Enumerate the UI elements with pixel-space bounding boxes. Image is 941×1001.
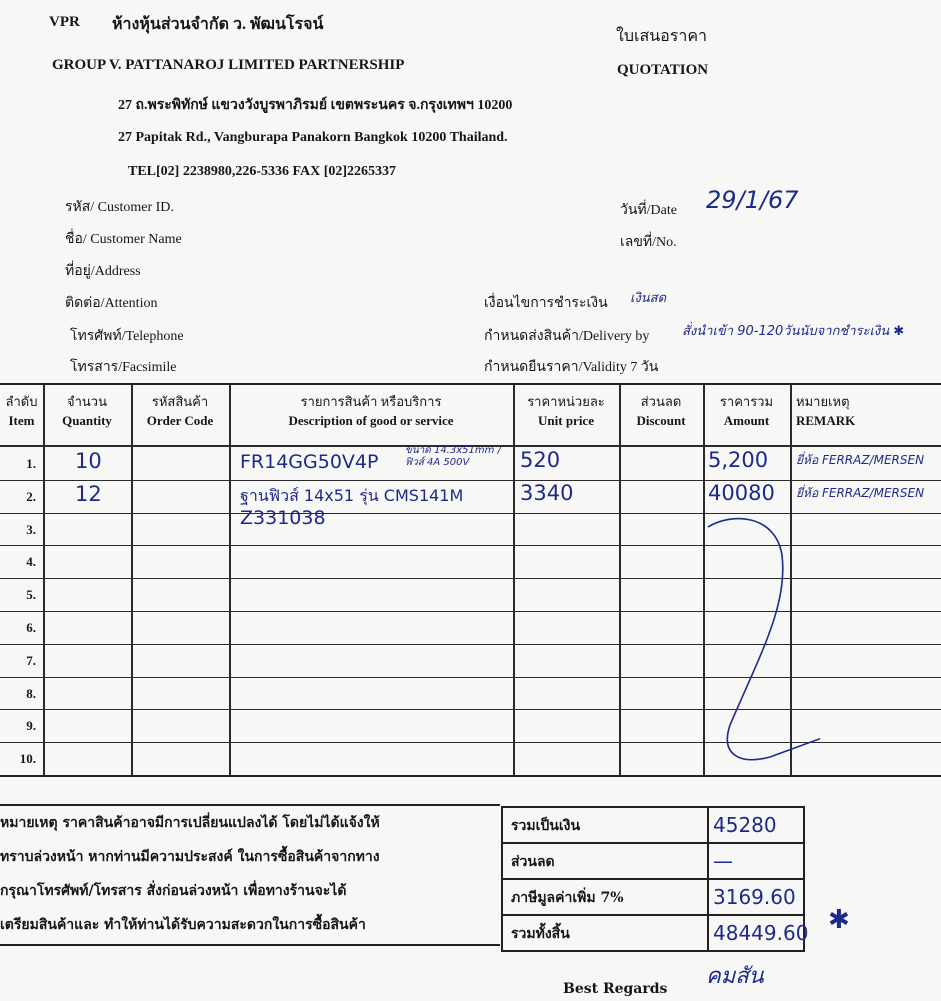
company-contact: TEL[02] 2238980,226-5336 FAX [02]2265337	[128, 164, 396, 180]
date-label: วันที่/Date	[620, 199, 677, 221]
item-number: 6.	[8, 620, 36, 636]
payment-value: เงินสด	[630, 287, 666, 308]
description: FR14GG50V4P	[240, 451, 378, 473]
company-address-en: 27 Papitak Rd., Vangburapa Panakorn Bang…	[118, 130, 508, 146]
payment-label: เงื่อนไขการชำระเงิน	[484, 292, 608, 314]
amount: 40080	[708, 481, 775, 505]
note-line: กรุณาโทรศัพท์/โทรสาร สั่งก่อนล่วงหน้า เพ…	[0, 874, 470, 908]
totals-row: รวมเป็นเงิน45280	[503, 808, 803, 844]
customer-name-label: ชื่อ/ Customer Name	[65, 228, 182, 250]
totals-label: รวมทั้งสิ้น	[511, 923, 570, 945]
totals-label: ภาษีมูลค่าเพิ่ม 7%	[511, 887, 624, 909]
terms-note: หมายเหตุ ราคาสินค้าอาจมีการเปลี่ยนแปลงได…	[0, 806, 470, 942]
amount: 5,200	[708, 448, 768, 472]
column-header: ราคาหน่วยละUnit price	[513, 391, 619, 429]
signature: คมสัน	[706, 958, 764, 993]
item-number: 10.	[8, 751, 36, 767]
item-number: 2.	[8, 489, 36, 505]
remark: ยี่ห้อ FERRAZ/MERSEN	[796, 484, 924, 503]
column-header: รายการสินค้า หรือบริการDescription of go…	[229, 391, 513, 429]
item-number: 4.	[8, 554, 36, 570]
description: ฐานฟิวส์ 14x51 รุ่น CMS141M	[240, 484, 463, 509]
company-name-th: ห้างหุ้นส่วนจำกัด ว. พัฒนโรจน์	[112, 12, 323, 37]
closing-text: Best Regards	[563, 981, 667, 997]
totals-row: ส่วนลด—	[503, 844, 803, 880]
validity-label: กำหนดยืนราคา/Validity 7 วัน	[484, 356, 658, 378]
totals-label: รวมเป็นเงิน	[511, 815, 580, 837]
date-value: 29/1/67	[706, 186, 799, 214]
item-number: 1.	[8, 456, 36, 472]
customer-id-label: รหัส/ Customer ID.	[65, 196, 174, 218]
totals-value: —	[707, 844, 803, 878]
number-label: เลขที่/No.	[620, 231, 677, 253]
customer-address-label: ที่อยู่/Address	[65, 260, 141, 282]
company-abbr: VPR	[49, 14, 80, 31]
quantity: 12	[75, 482, 102, 506]
column-header: จำนวนQuantity	[43, 391, 131, 429]
column-header: รหัสสินค้าOrder Code	[131, 391, 229, 429]
totals-row: รวมทั้งสิ้น48449.60	[503, 916, 803, 950]
note-line: ทราบล่วงหน้า หากท่านมีความประสงค์ ในการซ…	[0, 840, 470, 874]
items-table: ลำดับItemจำนวนQuantityรหัสสินค้าOrder Co…	[0, 383, 941, 777]
totals-table: รวมเป็นเงิน45280ส่วนลด—ภาษีมูลค่าเพิ่ม 7…	[501, 806, 805, 952]
totals-value: 3169.60	[707, 880, 803, 914]
customer-attention-label: ติดต่อ/Attention	[65, 292, 157, 314]
customer-fax-label: โทรสาร/Facsimile	[70, 356, 177, 378]
total-mark: ✱	[828, 905, 850, 935]
item-number: 8.	[8, 686, 36, 702]
company-address-th: 27 ถ.พระพิทักษ์ แขวงวังบูรพาภิรมย์ เขตพร…	[118, 94, 512, 116]
column-header: หมายเหตุREMARK	[790, 391, 941, 429]
item-number: 7.	[8, 653, 36, 669]
unit-price: 3340	[520, 481, 573, 505]
note-line: หมายเหตุ ราคาสินค้าอาจมีการเปลี่ยนแปลงได…	[0, 806, 470, 840]
note-line: เตรียมสินค้าและ ทำให้ท่านได้รับความสะดวก…	[0, 908, 470, 942]
totals-value: 48449.60	[707, 916, 803, 950]
remark: ยี่ห้อ FERRAZ/MERSEN	[796, 451, 924, 470]
doc-title-th: ใบเสนอราคา	[616, 24, 707, 49]
item-number: 3.	[8, 522, 36, 538]
description-note: ขนาด 14.3x51mm / ฟิวส์ 4A 500V	[405, 445, 510, 469]
customer-telephone-label: โทรศัพท์/Telephone	[70, 325, 184, 347]
column-header: ราคารวมAmount	[703, 391, 790, 429]
totals-label: ส่วนลด	[511, 851, 555, 873]
doc-title-en: QUOTATION	[617, 62, 708, 79]
item-number: 5.	[8, 587, 36, 603]
quantity: 10	[75, 449, 102, 473]
table-row: 2.12ฐานฟิวส์ 14x51 รุ่น CMS141M334040080…	[0, 480, 941, 513]
company-name-en: GROUP V. PATTANAROJ LIMITED PARTNERSHIP	[52, 57, 404, 74]
column-header: ลำดับItem	[0, 391, 43, 429]
delivery-value: สั่งนำเข้า 90-120วันนับจากชำระเงิน ✱	[682, 320, 904, 341]
unit-price: 520	[520, 448, 560, 472]
handwritten-bracket	[700, 515, 820, 775]
table-row: 1.10FR14GG50V4Pขนาด 14.3x51mm / ฟิวส์ 4A…	[0, 447, 941, 480]
totals-value: 45280	[707, 808, 803, 842]
totals-row: ภาษีมูลค่าเพิ่ม 7%3169.60	[503, 880, 803, 916]
description: Z331038	[240, 507, 326, 529]
delivery-label: กำหนดส่งสินค้า/Delivery by	[484, 325, 649, 347]
column-header: ส่วนลดDiscount	[619, 391, 703, 429]
item-number: 9.	[8, 718, 36, 734]
